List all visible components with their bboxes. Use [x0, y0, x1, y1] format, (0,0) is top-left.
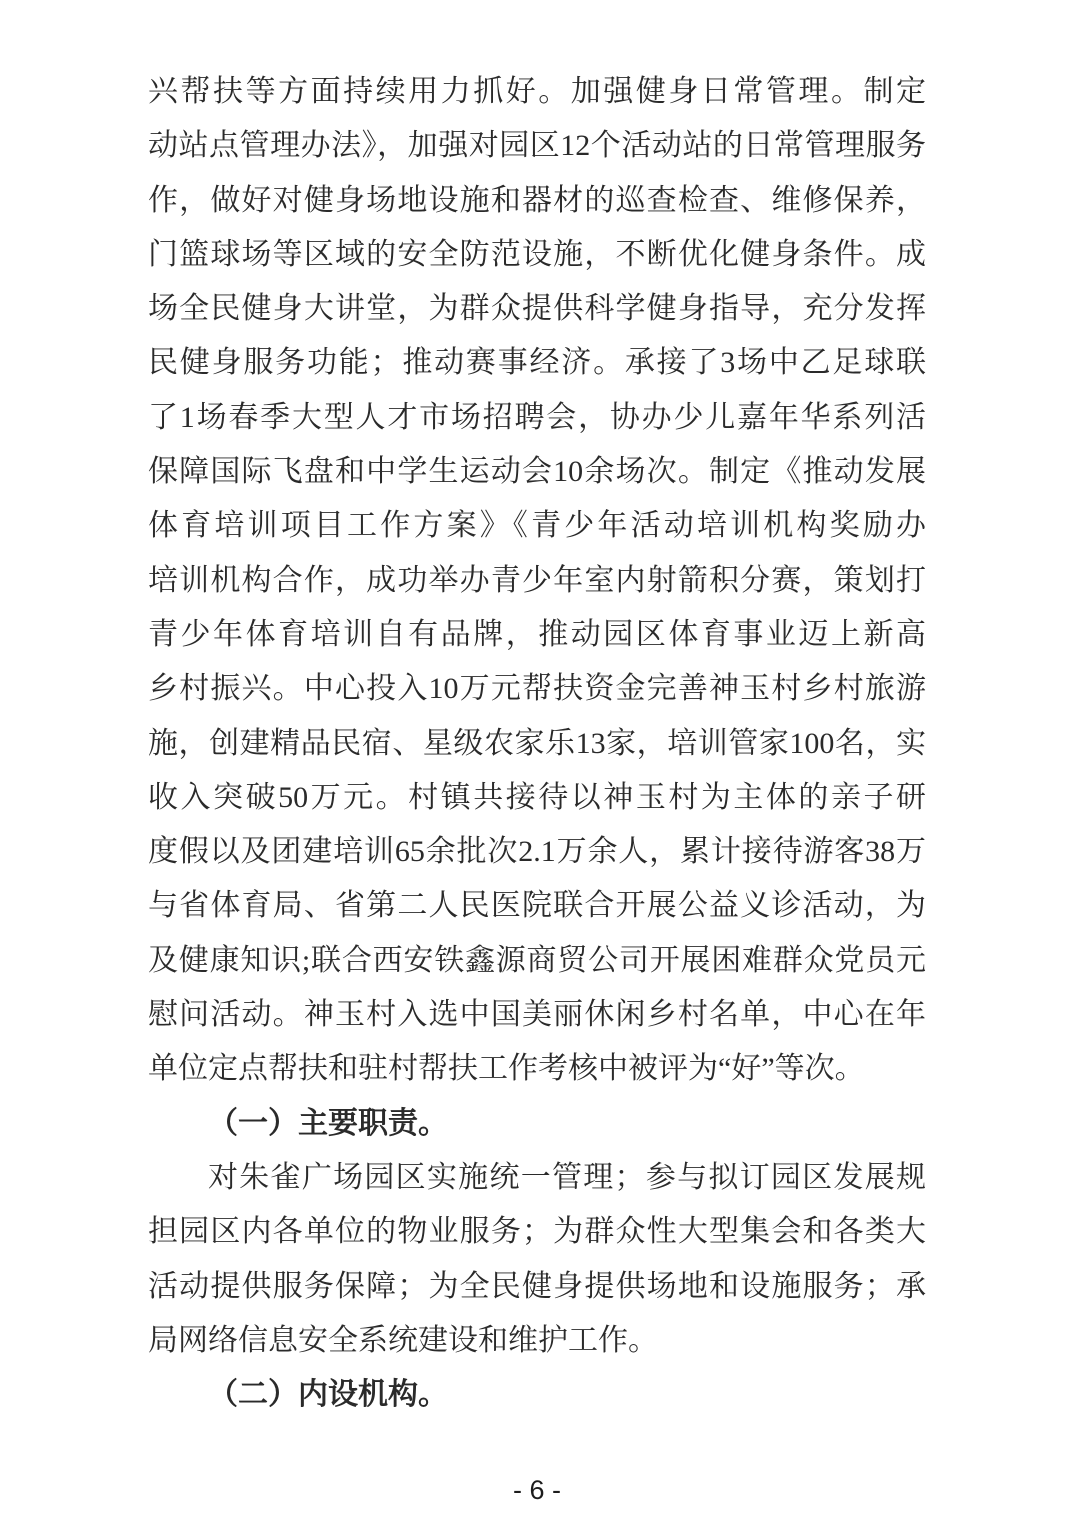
text-line: 收入突破50万元。村镇共接待以神玉村为主体的亲子研学、康养: [148, 771, 926, 825]
text-line: 体育培训项目工作方案》《青少年活动培训机构奖励办法》，与: [148, 499, 926, 553]
text-line: 慰问活动。神玉村入选中国美丽休闲乡村名单，中心在年度省级: [148, 988, 926, 1042]
text-line: 门篮球场等区域的安全防范设施，不断优化健身条件。成功举办3: [148, 228, 926, 282]
section-heading: （一）主要职责。: [148, 1097, 926, 1151]
text-line: 动站点管理办法》，加强对园区12个活动站的日常管理服务工: [148, 119, 926, 173]
text-line: 民健身服务功能；推动赛事经济。承接了3场中乙足球联赛，保障: [148, 336, 926, 390]
document-body: 兴帮扶等方面持续用力抓好。加强健身日常管理。制定《健身活动站点管理办法》，加强对…: [148, 65, 926, 1422]
text-line: 单位定点帮扶和驻村帮扶工作考核中被评为“好”等次。: [148, 1042, 926, 1096]
text-line: 培训机构合作，成功举办青少年室内射箭积分赛，策划打造园区: [148, 554, 926, 608]
text-line: 场全民健身大讲堂，为群众提供科学健身指导，充分发挥园区全: [148, 282, 926, 336]
text-line: 了1场春季大型人才市场招聘会，协办少儿嘉年华系列活动，服务: [148, 391, 926, 445]
text-line: 乡村振兴。中心投入10万元帮扶资金完善神玉村乡村旅游配套设: [148, 662, 926, 716]
document-page: 兴帮扶等方面持续用力抓好。加强健身日常管理。制定《健身活动站点管理办法》，加强对…: [0, 0, 1074, 1520]
text-line: 局网络信息安全系统建设和维护工作。: [148, 1314, 926, 1368]
text-line: 作，做好对健身场地设施和器材的巡查检查、维修保养，完善西: [148, 174, 926, 228]
page-number: - 6 -: [0, 1474, 1074, 1506]
text-line: 保障国际飞盘和中学生运动会10余场次。制定《推动发展青少年: [148, 445, 926, 499]
text-line: 施，创建精品民宿、星级农家乐13家，培训管家100名，实现集体: [148, 717, 926, 771]
section-heading: （二）内设机构。: [148, 1368, 926, 1422]
text-line: 青少年体育培训自有品牌，推动园区体育事业迈上新高度；助力: [148, 608, 926, 662]
text-line: 活动提供服务保障；为全民健身提供场地和设施服务；承担体育: [148, 1260, 926, 1314]
text-line: 与省体育局、省第二人民医院联合开展公益义诊活动，为群众普: [148, 879, 926, 933]
text-line: 及健康知识;联合西安铁鑫源商贸公司开展困难群众党员元旦走访: [148, 934, 926, 988]
text-line: 对朱雀广场园区实施统一管理；参与拟订园区发展规划；承: [148, 1151, 926, 1205]
text-line: 兴帮扶等方面持续用力抓好。加强健身日常管理。制定《健身活: [148, 65, 926, 119]
text-line: 度假以及团建培训65余批次2.1万余人，累计接待游客38万人次。: [148, 825, 926, 879]
text-line: 担园区内各单位的物业服务；为群众性大型集会和各类大型体育: [148, 1205, 926, 1259]
